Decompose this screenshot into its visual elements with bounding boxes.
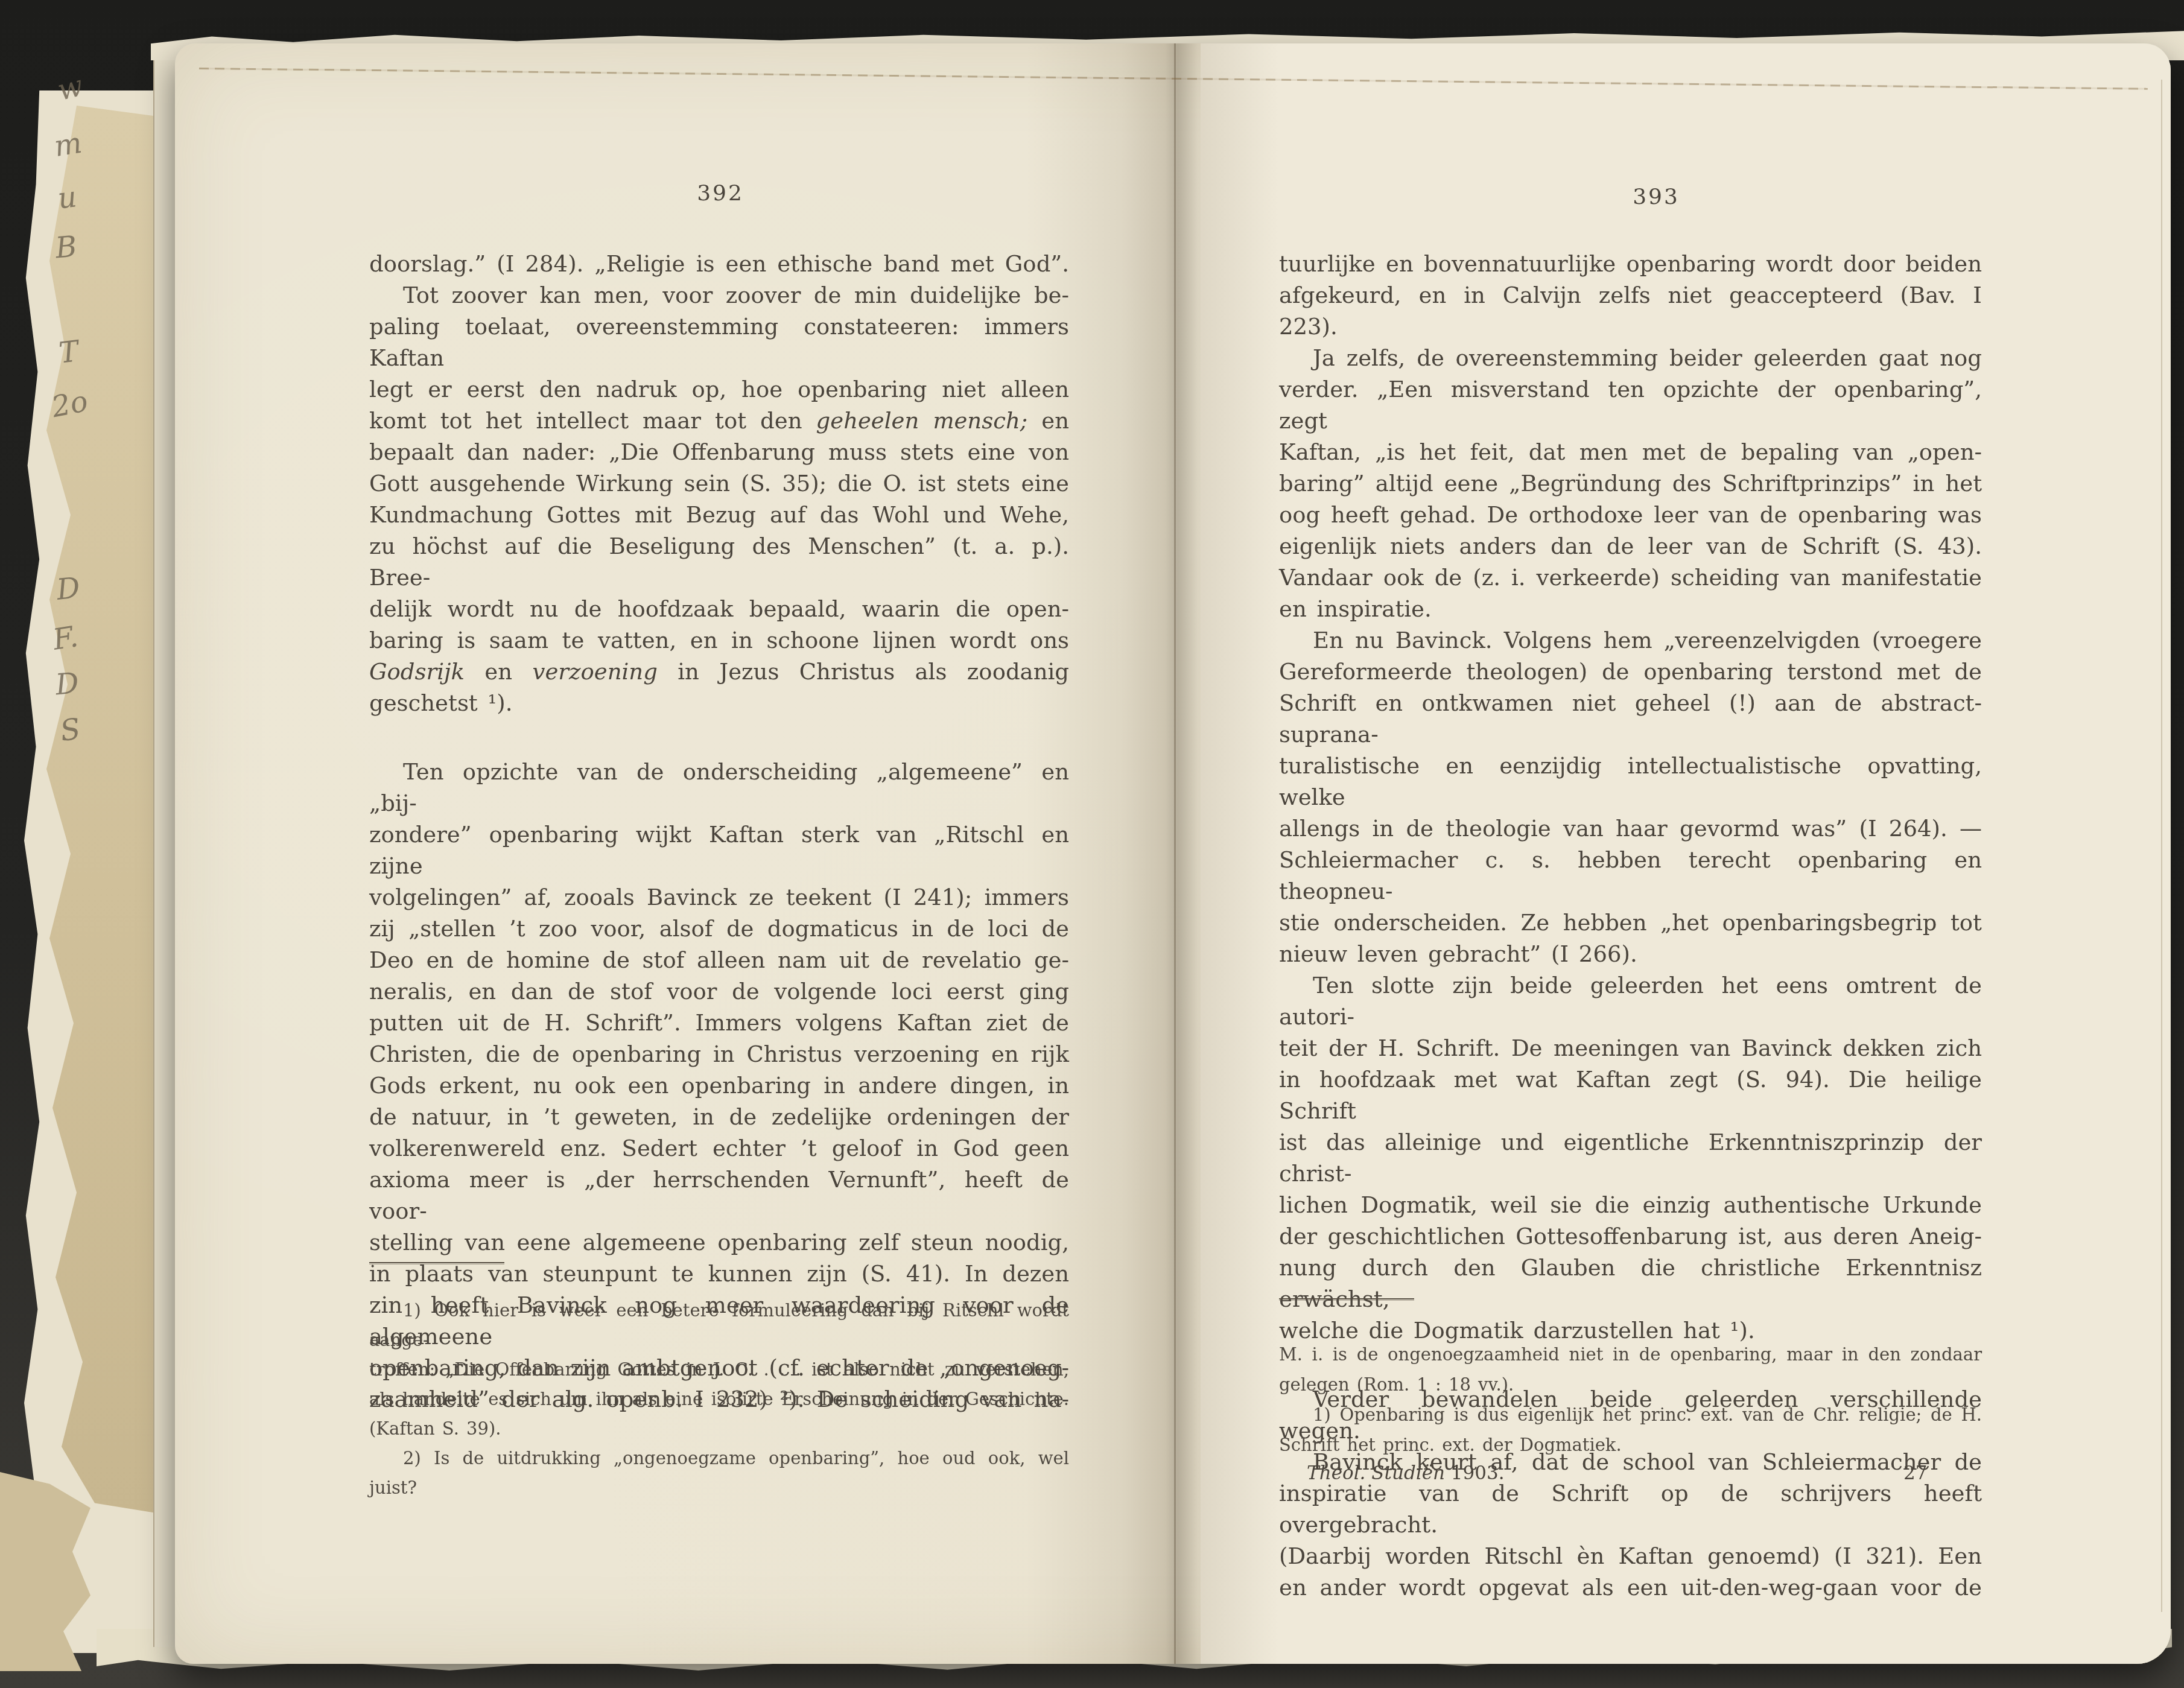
right-page-edge-line xyxy=(2161,80,2162,1612)
signature-number: 27 xyxy=(1903,1462,1927,1484)
text-line: als handelte es sich um ihn als eine iso… xyxy=(369,1385,1069,1414)
text-line: allengs in de theologie van haar gevormd… xyxy=(1279,813,1982,845)
text-line: eigenlijk niets anders dan de leer van d… xyxy=(1279,531,1982,562)
text-line: ist das alleinige und eigentliche Erkenn… xyxy=(1279,1127,1982,1190)
text-line: M. i. is de ongenoegzaamheid niet in de … xyxy=(1279,1339,1982,1369)
text-line: Schrift en ontkwamen niet geheel (!) aan… xyxy=(1279,688,1982,750)
text-line: troffen: „Die Offenbarung Gottes in J. C… xyxy=(369,1355,1069,1385)
page-number-right: 393 xyxy=(1596,185,1716,209)
text-line: volgelingen” af, zooals Bavinck ze teeke… xyxy=(369,882,1069,913)
text-line: geschetst ¹). xyxy=(369,688,1069,719)
gutter-crease xyxy=(1174,43,1176,1664)
text-line: Tot zoover kan men, voor zoover de min d… xyxy=(369,280,1069,311)
text-line: komt tot het intellect maar tot den gehe… xyxy=(369,405,1069,437)
text-line: Deo en de homine de stof alleen nam uit … xyxy=(369,945,1069,976)
scanned-book-spread: wmuBT2oDF.DS 392 doorslag.” (I 284). „Re… xyxy=(0,0,2184,1688)
handwriting-glyph: T xyxy=(57,334,81,370)
text-line: Ten opzichte van de onderscheiding „alge… xyxy=(369,757,1069,819)
text-line: En nu Bavinck. Volgens hem „vereenzelvig… xyxy=(1279,625,1982,656)
text-line: (Kaftan S. 39). xyxy=(369,1414,1069,1444)
handwriting-glyph: 2o xyxy=(49,384,90,424)
left-page-text: doorslag.” (I 284). „Religie is een ethi… xyxy=(369,249,1069,1415)
handwriting-glyph: D xyxy=(55,571,81,607)
handwriting-glyph: B xyxy=(54,230,78,265)
text-line: gelegen (Rom. 1 : 18 vv.). xyxy=(1279,1369,1982,1400)
text-line: axioma meer is „der herrschenden Vernunf… xyxy=(369,1164,1069,1227)
text-line: stie onderscheiden. Ze hebben „het openb… xyxy=(1279,907,1982,939)
text-line: Kundmachung Gottes mit Bezug auf das Woh… xyxy=(369,500,1069,531)
text-line: in hoofdzaak met wat Kaftan zegt (S. 94)… xyxy=(1279,1064,1982,1127)
text-line: delijk wordt nu de hoofdzaak bepaald, wa… xyxy=(369,594,1069,625)
text-line: tuurlijke en bovennatuurlijke openbaring… xyxy=(1279,249,1982,280)
text-line: Kaftan, „is het feit, dat men met de bep… xyxy=(1279,437,1982,468)
text-line: volkerenwereld enz. Sedert echter ’t gel… xyxy=(369,1133,1069,1164)
text-line: de natuur, in ’t geweten, in de zedelijk… xyxy=(369,1102,1069,1133)
text-line: Godsrijk en verzoening in Jezus Christus… xyxy=(369,656,1069,688)
left-page-footnotes: 1) Ook hier is weer een betere formuleer… xyxy=(369,1296,1069,1503)
text-line: Vandaar ook de (z. i. verkeerde) scheidi… xyxy=(1279,562,1982,594)
handwriting-marks: wmuBT2oDF.DS xyxy=(0,0,181,1688)
text-line: Gereformeerde theologen) de openbaring t… xyxy=(1279,656,1982,688)
text-line: en ander wordt opgevat als een uit-den-w… xyxy=(1279,1572,1982,1604)
text-line: Schleiermacher c. s. hebben terecht open… xyxy=(1279,845,1982,907)
text-line: stelling van eene algemeene openbaring z… xyxy=(369,1227,1069,1258)
handwriting-glyph: u xyxy=(56,180,79,215)
text-line: zondere” openbaring wijkt Kaftan sterk v… xyxy=(369,819,1069,882)
text-line: Christen, die de openbaring in Christus … xyxy=(369,1039,1069,1070)
handwriting-glyph: D xyxy=(54,666,80,702)
journal-title: Theol. Studiën 1903. xyxy=(1307,1462,1505,1484)
text-line: nung durch den Glauben die christliche E… xyxy=(1279,1252,1982,1315)
text-line: doorslag.” (I 284). „Religie is een ethi… xyxy=(369,249,1069,280)
text-line: (Daarbij worden Ritschl èn Kaftan genoem… xyxy=(1279,1541,1982,1572)
text-line: Gott ausgehende Wirkung sein (S. 35); di… xyxy=(369,468,1069,500)
text-line: afgekeurd, en in Calvijn zelfs niet geac… xyxy=(1279,280,1982,343)
text-line: legt er eerst den nadruk op, hoe openbar… xyxy=(369,374,1069,405)
text-line: turalistische en eenzijdig intellectuali… xyxy=(1279,750,1982,813)
text-line: nieuw leven gebracht” (I 266). xyxy=(1279,939,1982,970)
text-line: bepaalt dan nader: „Die Offenbarung muss… xyxy=(369,437,1069,468)
handwriting-glyph: w xyxy=(54,69,86,107)
text-line: 2) Is de uitdrukking „ongenoegzame openb… xyxy=(369,1444,1069,1503)
text-line: baring is saam te vatten, en in schoone … xyxy=(369,625,1069,656)
text-line: oog heeft gehad. De orthodoxe leer van d… xyxy=(1279,500,1982,531)
text-line: Ten slotte zijn beide geleerden het eens… xyxy=(1279,970,1982,1033)
text-line: inspiratie van de Schrift op de schrijve… xyxy=(1279,1478,1982,1541)
text-line: teit der H. Schrift. De meeningen van Ba… xyxy=(1279,1033,1982,1064)
text-line: 1) Openbaring is dus eigenlijk het princ… xyxy=(1279,1400,1982,1430)
right-page-footnotes: M. i. is de ongenoegzaamheid niet in de … xyxy=(1279,1339,1982,1460)
text-line: verder. „Een misverstand ten opzichte de… xyxy=(1279,374,1982,437)
text-line: paling toelaat, overeenstemming constate… xyxy=(369,311,1069,374)
text-line: Ja zelfs, de overeenstemming beider gele… xyxy=(1279,343,1982,374)
text-line: zij „stellen ’t zoo voor, alsof de dogma… xyxy=(369,913,1069,945)
page-number-left: 392 xyxy=(660,181,781,206)
text-line: 1) Ook hier is weer een betere formuleer… xyxy=(369,1296,1069,1355)
text-line: baring” altijd eene „Begründung des Schr… xyxy=(1279,468,1982,500)
footnote-separator-left xyxy=(369,1262,504,1264)
text-line: en inspiratie. xyxy=(1279,594,1982,625)
text-line: Gods erkent, nu ook een openbaring in an… xyxy=(369,1070,1069,1102)
text-line: Schrift het princ. ext. der Dogmatiek. xyxy=(1279,1430,1982,1460)
text-line: neralis, en dan de stof voor de volgende… xyxy=(369,976,1069,1007)
text-line: putten uit de H. Schrift”. Immers volgen… xyxy=(369,1007,1069,1039)
handwriting-glyph: F. xyxy=(51,620,80,657)
footnote-separator-right xyxy=(1279,1298,1414,1301)
handwriting-glyph: S xyxy=(58,712,82,748)
handwriting-glyph: m xyxy=(52,126,84,163)
text-line: der geschichtlichen Gottesoffenbarung is… xyxy=(1279,1221,1982,1252)
text-line: zu höchst auf die Beseligung des Mensche… xyxy=(369,531,1069,594)
page-footer: Theol. Studiën 1903. 27 xyxy=(1279,1462,1982,1484)
text-line: lichen Dogmatik, weil sie die einzig aut… xyxy=(1279,1190,1982,1221)
